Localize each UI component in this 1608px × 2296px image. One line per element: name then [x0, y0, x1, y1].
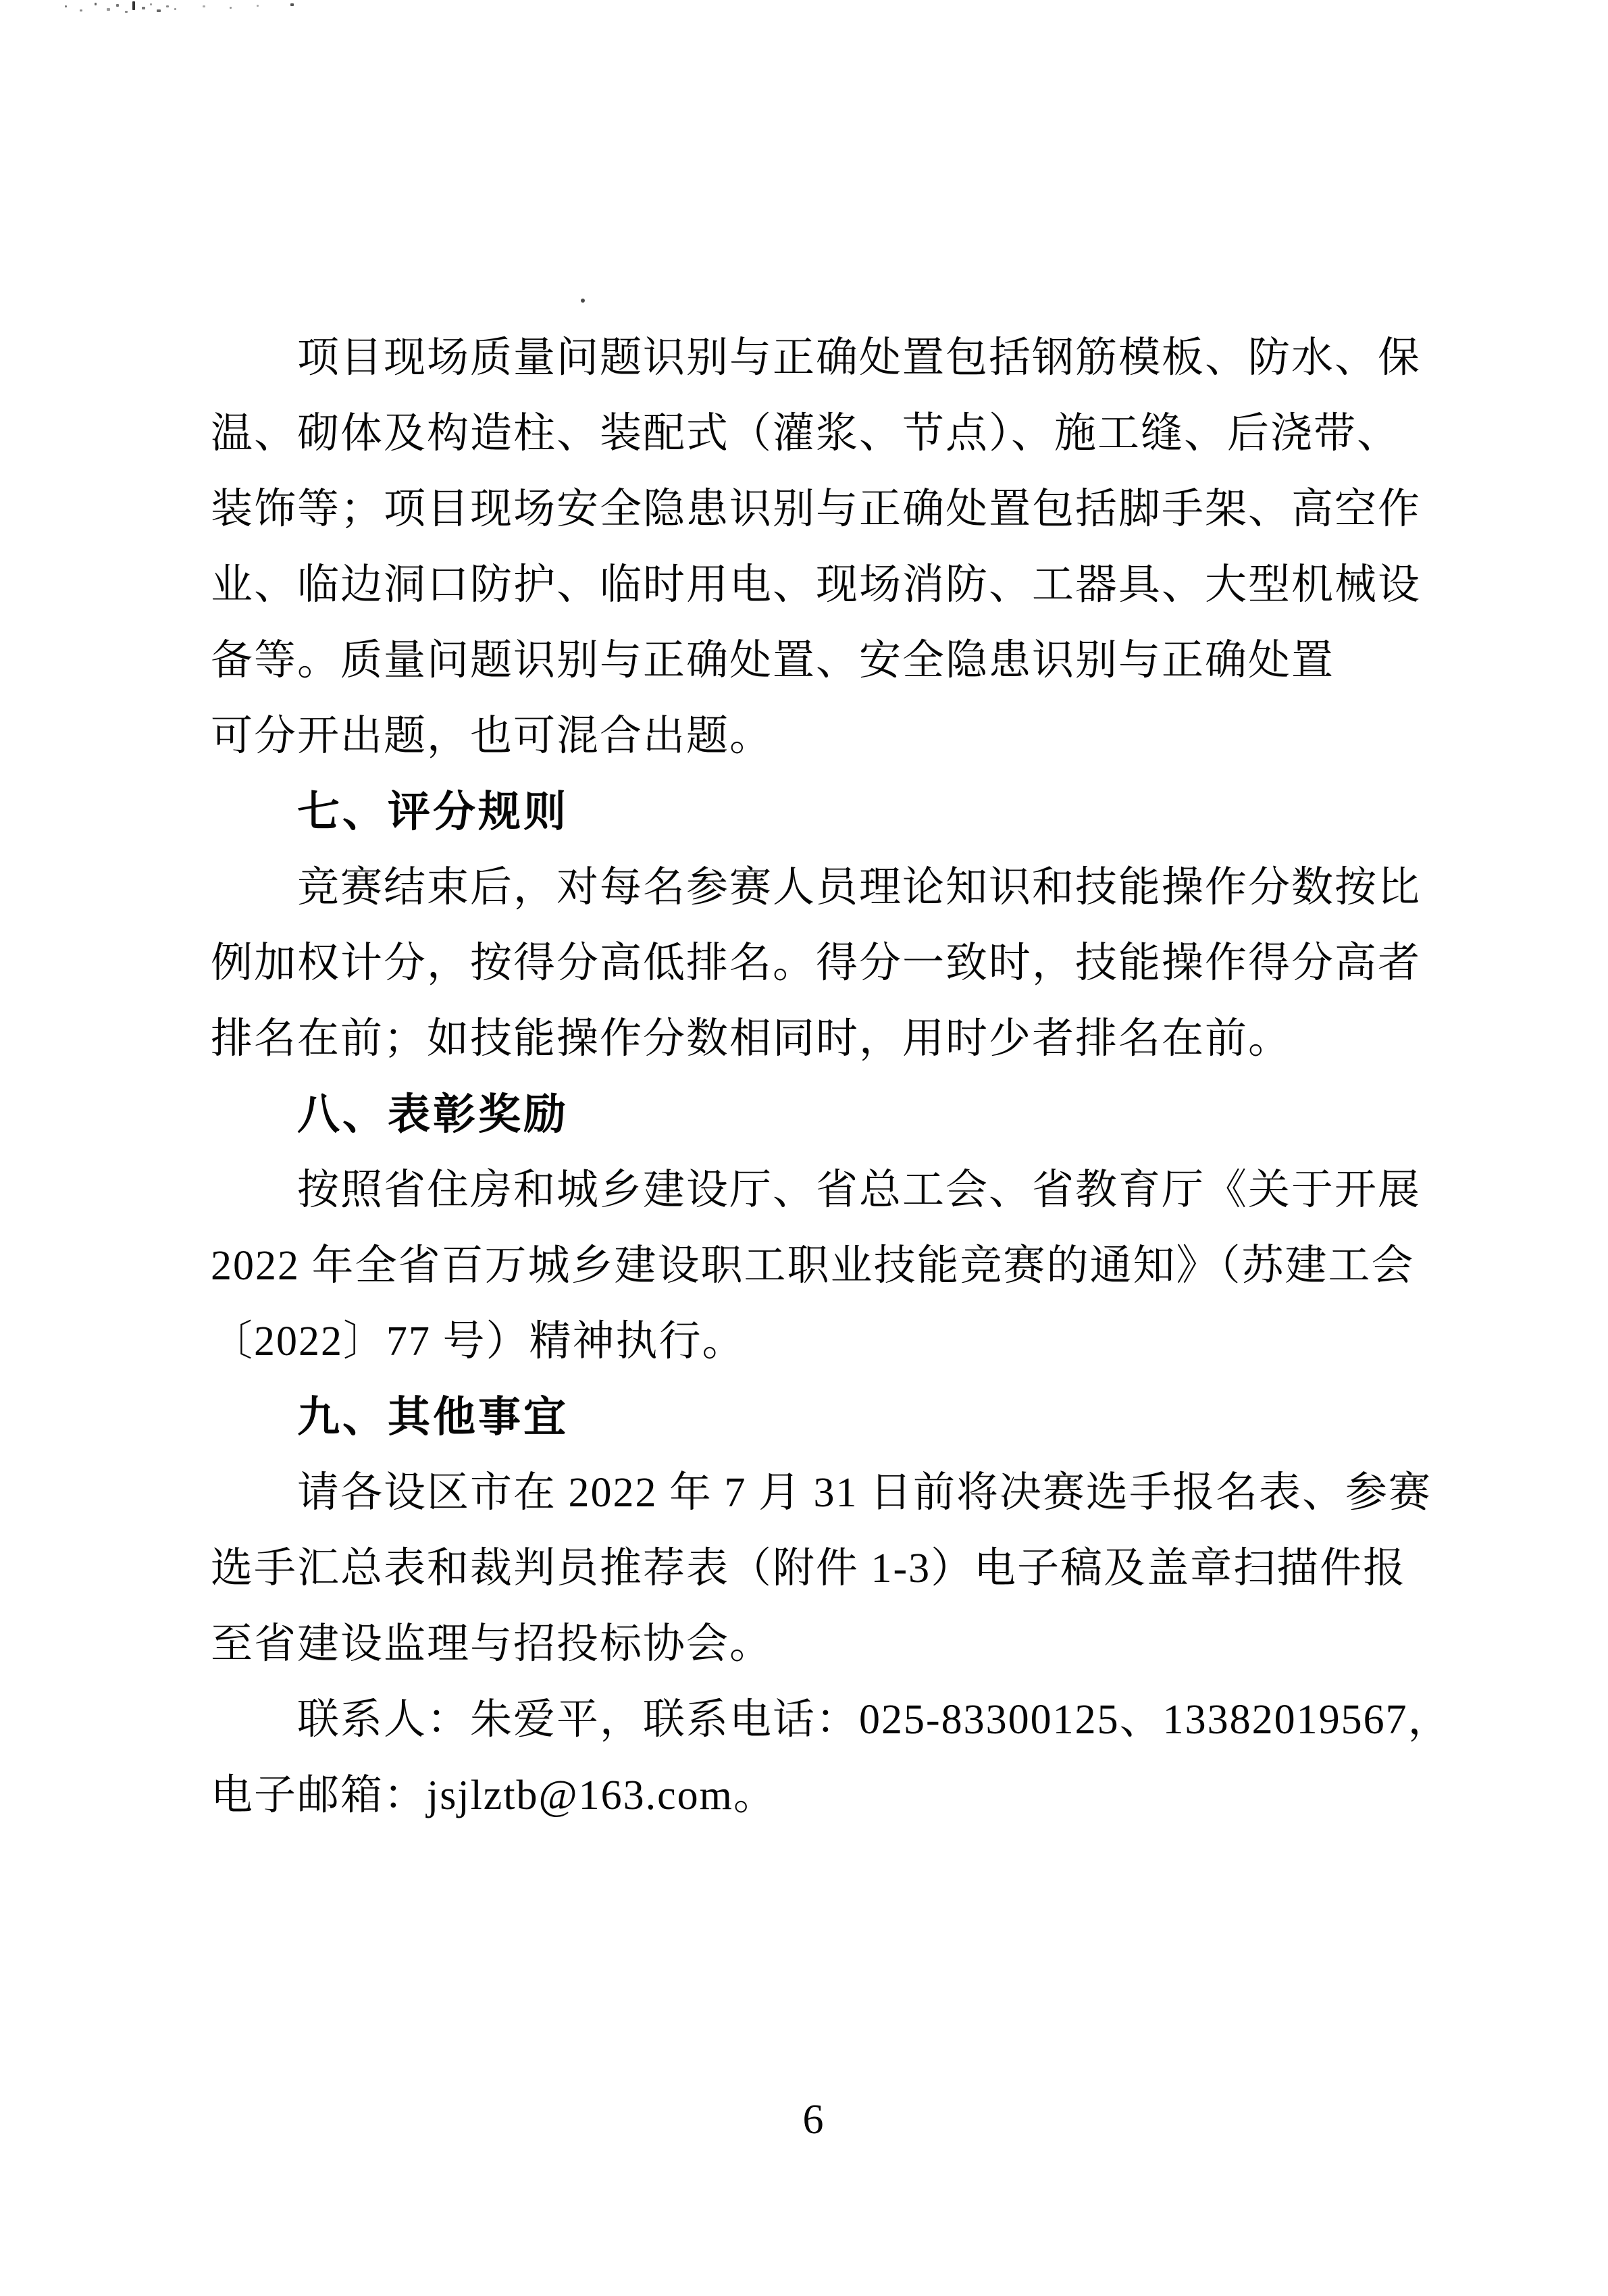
heading-section-9-other-matters: 九、其他事宜 [297, 1379, 569, 1456]
paragraph-line: 项目现场质量问题识别与正确处置包括钢筋模板、防水、保 [297, 320, 1421, 397]
paragraph-line: 至省建设监理与招投标协会。 [211, 1606, 773, 1683]
heading-section-7-scoring-rules: 七、评分规则 [297, 774, 569, 850]
heading-section-8-commendation-awards: 八、表彰奖励 [297, 1077, 569, 1153]
paragraph-line: 可分开出题，也可混合出题。 [211, 698, 773, 775]
paragraph-line: 业、临边洞口防护、临时用电、现场消防、工器具、大型机械设 [211, 547, 1421, 623]
document-page: 项目现场质量问题识别与正确处置包括钢筋模板、防水、保 温、砌体及构造柱、装配式（… [0, 0, 1608, 2296]
paragraph-line: 竞赛结束后，对每名参赛人员理论知识和技能操作分数按比 [297, 850, 1421, 926]
paragraph-line: 2022 年全省百万城乡建设职工职业技能竞赛的通知》（苏建工会 [211, 1228, 1415, 1304]
contact-email-line: 电子邮箱：jsjlztb@163.com。 [211, 1758, 777, 1834]
paragraph-line: 按照省住房和城乡建设厅、省总工会、省教育厅《关于开展 [297, 1152, 1421, 1229]
paragraph-line: 选手汇总表和裁判员推荐表（附件 1-3）电子稿及盖章扫描件报 [211, 1531, 1406, 1607]
paragraph-line: 排名在前；如技能操作分数相同时，用时少者排名在前。 [211, 1001, 1291, 1077]
paragraph-line: 温、砌体及构造柱、装配式（灌浆、节点）、施工缝、后浇带、 [211, 396, 1400, 472]
contact-person-line: 联系人：朱爱平，联系电话：025-83300125、13382019567， [297, 1682, 1451, 1758]
paragraph-line: 装饰等；项目现场安全隐患识别与正确处置包括脚手架、高空作 [211, 471, 1421, 548]
paragraph-line: 例加权计分，按得分高低排名。得分一致时，技能操作得分高者 [211, 925, 1421, 1002]
paragraph-line: 请各设区市在 2022 年 7 月 31 日前将决赛选手报名表、参赛 [297, 1455, 1432, 1531]
paragraph-line: 〔2022〕77 号）精神执行。 [211, 1304, 746, 1380]
page-number: 6 [766, 2093, 860, 2147]
paragraph-line: 备等。质量问题识别与正确处置、安全隐患识别与正确处置 [211, 623, 1334, 699]
